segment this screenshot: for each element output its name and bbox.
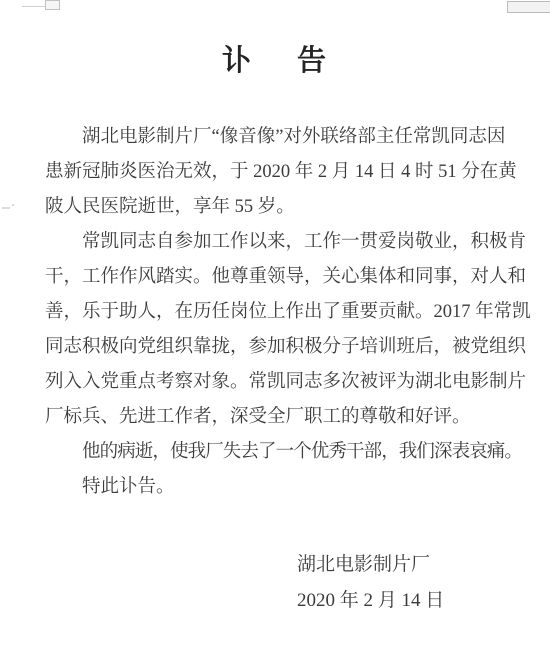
body-line: 厂标兵、先进工作者，深受全厂职工的尊敬和好评。: [45, 400, 505, 435]
body-line: 同志积极向党组织靠拢，参加积极分子培训班后，被党组织: [45, 330, 505, 365]
signature-org: 湖北电影制片厂: [297, 547, 550, 583]
document-body: 湖北电影制片厂“像音像”对外联络部主任常凯同志因 患新冠肺炎医治无效，于 202…: [45, 120, 505, 505]
body-line: 特此讣告。: [45, 470, 505, 505]
body-line: 湖北电影制片厂“像音像”对外联络部主任常凯同志因: [45, 120, 505, 155]
body-line: 陂人民医院逝世，享年 55 岁。: [45, 190, 505, 225]
signature-block: 湖北电影制片厂 2020 年 2 月 14 日: [297, 547, 550, 619]
body-line: 善，乐于助人，在历任岗位上作出了重要贡献。2017 年常凯: [45, 295, 505, 330]
paragraph: 特此讣告。: [45, 470, 505, 505]
cropped-ui-artifact-left-edge-mark: [2, 207, 10, 209]
signature-date: 2020 年 2 月 14 日: [297, 583, 550, 619]
page-title: 讣 告: [0, 0, 550, 78]
obituary-notice-document: 讣 告 湖北电影制片厂“像音像”对外联络部主任常凯同志因 患新冠肺炎医治无效，于…: [0, 0, 550, 664]
cropped-ui-artifact-left-edge-dot: [12, 204, 14, 206]
body-line: 患新冠肺炎医治无效，于 2020 年 2 月 14 日 4 时 51 分在黄: [45, 155, 505, 190]
cropped-ui-artifact-top-right-box: [507, 1, 550, 13]
body-line: 他的病逝，使我厂失去了一个优秀干部，我们深表哀痛。: [45, 435, 505, 470]
body-line: 常凯同志自参加工作以来，工作一贯爱岗敬业，积极肯: [45, 225, 505, 260]
body-line: 列入入党重点考察对象。常凯同志多次被评为湖北电影制片: [45, 365, 505, 400]
body-line: 干，工作作风踏实。他尊重领导，关心集体和同事，对人和: [45, 260, 505, 295]
paragraph: 他的病逝，使我厂失去了一个优秀干部，我们深表哀痛。: [45, 435, 505, 470]
cropped-ui-artifact-top-left-box: [45, 0, 60, 10]
paragraph: 湖北电影制片厂“像音像”对外联络部主任常凯同志因 患新冠肺炎医治无效，于 202…: [45, 120, 505, 225]
paragraph: 常凯同志自参加工作以来，工作一贯爱岗敬业，积极肯 干，工作作风踏实。他尊重领导，…: [45, 225, 505, 435]
